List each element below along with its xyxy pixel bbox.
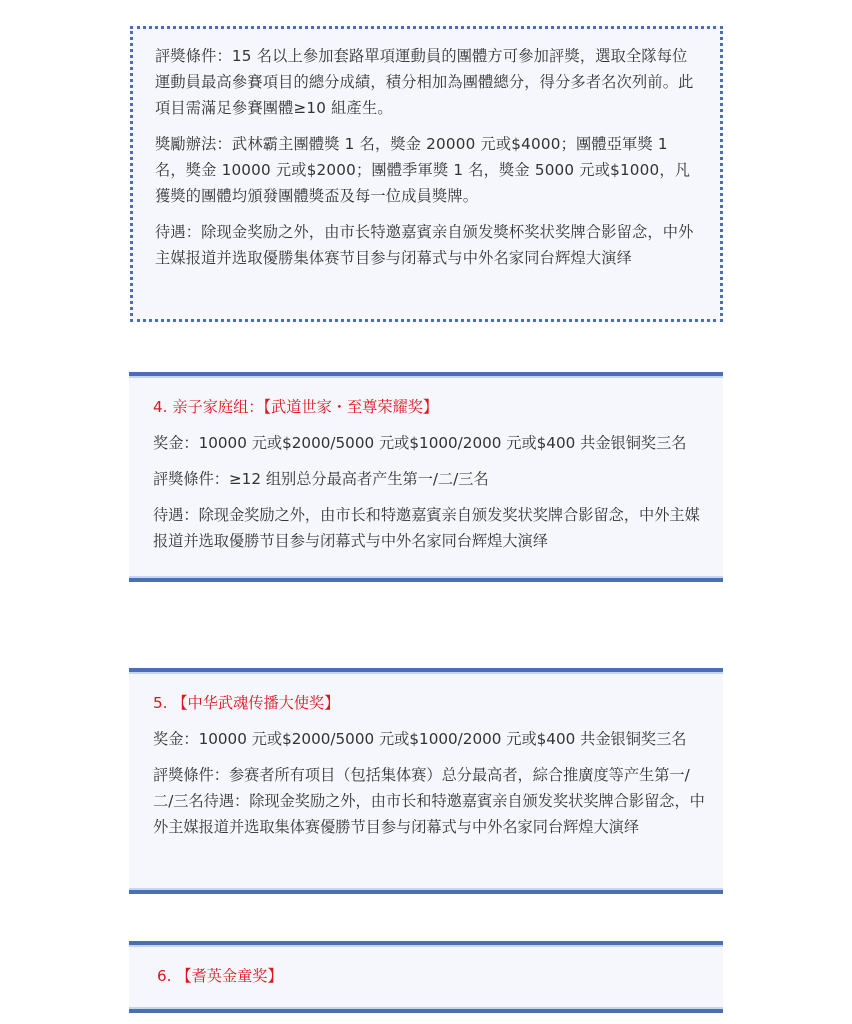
section6-top-border [129, 941, 723, 947]
section6-title: 6. 【耆英金童奖】 [157, 963, 705, 989]
section5-box: 5. 【中华武魂传播大使奖】 奖金：10000 元或$2000/5000 元或$… [129, 668, 723, 894]
section6-bottom-border [129, 1007, 723, 1013]
section5-prize: 奖金：10000 元或$2000/5000 元或$1000/2000 元或$40… [153, 726, 705, 752]
section3-dotted-box: 評獎條件：15 名以上參加套路單項運動員的團體方可參加評獎，選取全隊每位運動員最… [130, 26, 723, 322]
section4-bottom-border [129, 576, 723, 582]
section3-treatment: 待遇：除现金奖励之外，由市长特邀嘉賓亲自颁发獎杯奖状奖牌合影留念，中外主媒报道并… [155, 219, 702, 271]
section5-title: 5. 【中华武魂传播大使奖】 [153, 690, 705, 716]
section4-top-border [129, 372, 723, 378]
section4-treatment: 待遇：除现金奖励之外，由市长和特邀嘉賓亲自颁发奖状奖牌合影留念，中外主媒报道并选… [153, 502, 705, 554]
section5-bottom-border [129, 888, 723, 894]
section4-criteria: 評獎條件：≥12 组别总分最高者产生第一/二/三名 [153, 466, 705, 492]
section4-prize: 奖金：10000 元或$2000/5000 元或$1000/2000 元或$40… [153, 430, 705, 456]
section5-criteria: 評獎條件：参赛者所有项目（包括集体赛）总分最高者，綜合推廣度等产生第一/二/三名… [153, 762, 705, 840]
section6-box: 6. 【耆英金童奖】 [129, 941, 723, 1013]
section4-box: 4. 亲子家庭组：【武道世家・至尊荣耀奖】 奖金：10000 元或$2000/5… [129, 372, 723, 582]
section4-title: 4. 亲子家庭组：【武道世家・至尊荣耀奖】 [153, 394, 705, 420]
section3-rewards: 獎勵辦法：武林霸主團體獎 1 名，獎金 20000 元或$4000；團體亞軍獎 … [155, 131, 702, 209]
section5-top-border [129, 668, 723, 674]
section3-criteria: 評獎條件：15 名以上參加套路單項運動員的團體方可參加評獎，選取全隊每位運動員最… [155, 43, 702, 121]
